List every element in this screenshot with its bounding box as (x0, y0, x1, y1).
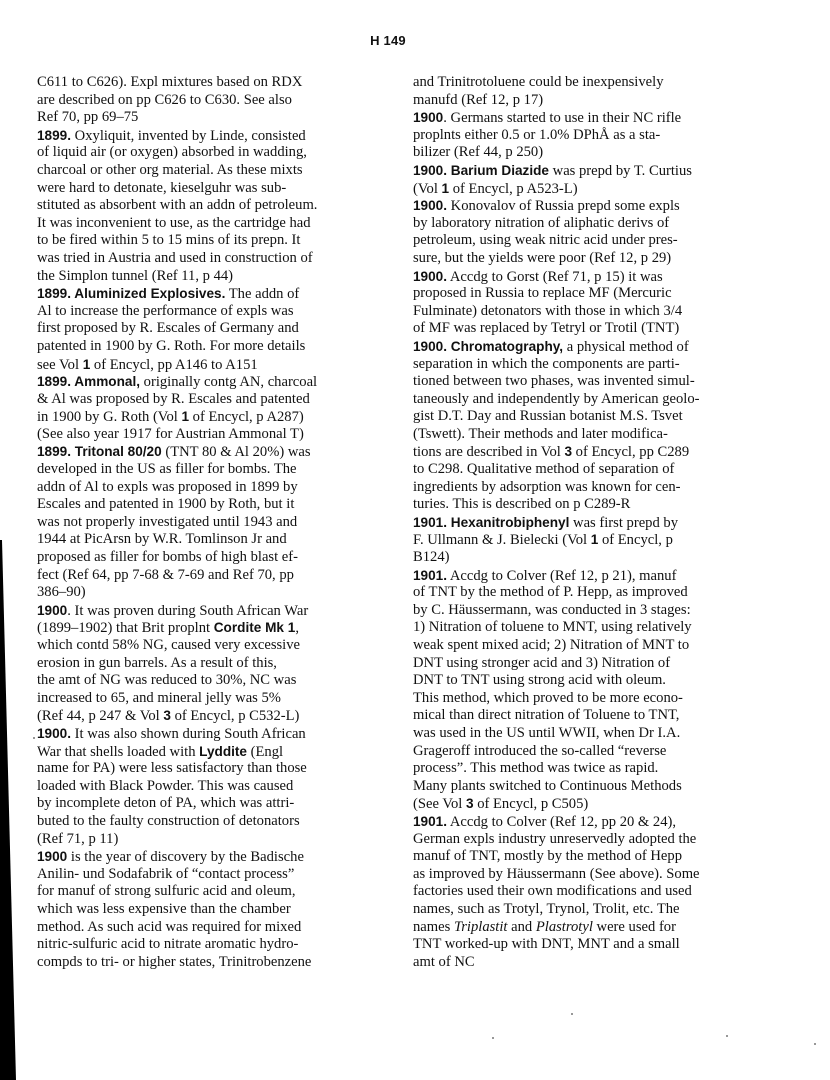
text-segment: weak spent mixed acid; 2) Nitration of M… (413, 637, 689, 653)
text-segment: Konovalov of Russia prepd some expls (447, 198, 680, 214)
text-segment: Fulminate) detonators with those in whic… (413, 303, 682, 319)
bold-term: 1 (442, 181, 450, 196)
text-line: factories used their own modifications a… (413, 883, 743, 901)
bold-term: 1899. Tritonal 80/20 (37, 444, 162, 459)
text-line: by incomplete deton of PA, which was att… (37, 795, 377, 813)
scan-speck (33, 737, 35, 739)
text-line: see Vol 1 of Encycl, pp A146 to A151 (37, 356, 377, 374)
text-line: 1900 is the year of discovery by the Bad… (37, 848, 377, 866)
text-segment: stituted as absorbent with an addn of pe… (37, 197, 317, 213)
text-segment: was prepd by T. Curtius (549, 163, 692, 179)
text-line: increased to 65, and mineral jelly was 5… (37, 690, 377, 708)
left-text-column: C611 to C626). Expl mixtures based on RD… (37, 74, 377, 971)
text-segment: manuf of TNT, mostly by the method of He… (413, 848, 682, 864)
text-segment: of TNT by the method of P. Hepp, as impr… (413, 584, 688, 600)
scan-edge-shadow (0, 540, 18, 1080)
text-line: stituted as absorbent with an addn of pe… (37, 197, 377, 215)
text-line: first proposed by R. Escales of Germany … (37, 320, 377, 338)
text-segment: (1899–1902) that Brit proplnt (37, 620, 214, 636)
text-line: (Tswett). Their methods and later modifi… (413, 426, 743, 444)
text-line: the amt of NG was reduced to 30%, NC was (37, 672, 377, 690)
text-segment: Al to increase the performance of expls … (37, 303, 294, 319)
bold-term: 1901. (413, 568, 447, 583)
text-line: addn of Al to expls was proposed in 1899… (37, 479, 377, 497)
text-line: are described on pp C626 to C630. See al… (37, 92, 377, 110)
text-line: and Trinitrotoluene could be inexpensive… (413, 74, 743, 92)
text-line: loaded with Black Powder. This was cause… (37, 778, 377, 796)
text-line: (Vol 1 of Encycl, p A523-L) (413, 180, 743, 198)
bold-term: 1900. (413, 269, 447, 284)
text-segment: Ref 70, pp 69–75 (37, 109, 138, 125)
text-line: patented in 1900 by G. Roth. For more de… (37, 338, 377, 356)
text-segment: 386–90) (37, 584, 86, 600)
right-text-column: and Trinitrotoluene could be inexpensive… (413, 74, 743, 971)
text-segment: which was less expensive than the chambe… (37, 901, 291, 917)
text-segment: loaded with Black Powder. This was cause… (37, 778, 293, 794)
text-line: 386–90) (37, 584, 377, 602)
text-segment: of Encycl, p (598, 532, 673, 548)
text-segment: charcoal or other org material. As these… (37, 162, 303, 178)
text-segment: (TNT 80 & Al 20%) was (162, 444, 311, 460)
text-segment: It was also shown during South African (71, 726, 306, 742)
bold-term: 3 (564, 444, 572, 459)
text-segment: was first prepd by (569, 515, 678, 531)
text-segment: fect (Ref 64, pp 7-68 & 7-69 and Ref 70,… (37, 567, 294, 583)
text-segment: buted to the faulty construction of deto… (37, 813, 300, 829)
text-line: 1900. Germans started to use in their NC… (413, 109, 743, 127)
text-line: to be fired within 5 to 15 mins of its p… (37, 232, 377, 250)
text-line: B124) (413, 549, 743, 567)
text-line: was used in the US until WWII, when Dr I… (413, 725, 743, 743)
bold-term: 1899. Ammonal, (37, 374, 140, 389)
text-segment: German expls industry unreservedly adopt… (413, 831, 696, 847)
text-segment: to be fired within 5 to 15 mins of its p… (37, 232, 300, 248)
text-line: turies. This is described on p C289-R (413, 496, 743, 514)
text-segment: proposed as filler for bombs of high bla… (37, 549, 298, 565)
text-segment: names, such as Trotyl, Trynol, Trolit, e… (413, 901, 680, 917)
text-line: bilizer (Ref 44, p 250) (413, 144, 743, 162)
text-segment: Many plants switched to Continuous Metho… (413, 778, 682, 794)
text-line: 1944 at PicArsn by W.R. Tomlinson Jr and (37, 531, 377, 549)
text-line: & Al was proposed by R. Escales and pate… (37, 391, 377, 409)
text-line: Anilin- und Sodafabrik of “contact proce… (37, 866, 377, 884)
text-line: proplnts either 0.5 or 1.0% DPhÅ as a st… (413, 127, 743, 145)
text-line: (See also year 1917 for Austrian Ammonal… (37, 426, 377, 444)
text-segment: by laboratory nitration of aliphatic der… (413, 215, 669, 231)
text-segment: The addn of (225, 286, 299, 302)
italic-term: Plastrotyl (536, 919, 593, 935)
bold-term: 1900 (37, 849, 67, 864)
text-segment: (Engl (247, 744, 283, 760)
text-line: developed in the US as filler for bombs.… (37, 461, 377, 479)
bold-term: 1900. Chromatography, (413, 339, 563, 354)
text-line: C611 to C626). Expl mixtures based on RD… (37, 74, 377, 92)
text-line: War that shells loaded with Lyddite (Eng… (37, 743, 377, 761)
scan-speck (492, 1037, 494, 1039)
text-segment: originally contg AN, charcoal (140, 374, 317, 390)
text-line: was not properly investigated until 1943… (37, 514, 377, 532)
text-segment: Anilin- und Sodafabrik of “contact proce… (37, 866, 294, 882)
text-line: amt of NC (413, 954, 743, 972)
text-line: F. Ullmann & J. Bielecki (Vol 1 of Encyc… (413, 531, 743, 549)
text-line: the Simplon tunnel (Ref 11, p 44) (37, 268, 377, 286)
text-line: tioned between two phases, was invented … (413, 373, 743, 391)
text-line: 1899. Aluminized Explosives. The addn of (37, 285, 377, 303)
text-line: This method, which proved to be more eco… (413, 690, 743, 708)
page-number-header: H 149 (0, 33, 776, 48)
text-segment: for manuf of strong sulfuric acid and ol… (37, 883, 296, 899)
text-line: 1899. Tritonal 80/20 (TNT 80 & Al 20%) w… (37, 443, 377, 461)
text-line: proposed in Russia to replace MF (Mercur… (413, 285, 743, 303)
text-segment: sure, but the yields were poor (Ref 12, … (413, 250, 671, 266)
text-segment: (Ref 44, p 247 & Vol (37, 708, 163, 724)
text-segment: separation in which the components are p… (413, 356, 680, 372)
text-segment: Accdg to Colver (Ref 12, p 21), manuf (447, 568, 676, 584)
text-line: compds to tri- or higher states, Trinitr… (37, 954, 377, 972)
text-line: 1900. Barium Diazide was prepd by T. Cur… (413, 162, 743, 180)
text-segment: a physical method of (563, 339, 689, 355)
text-segment: B124) (413, 549, 449, 565)
bold-term: 1900 (37, 603, 67, 618)
text-segment: process”. This method was twice as rapid… (413, 760, 658, 776)
text-segment: of Encycl, pp A146 to A151 (90, 357, 257, 373)
text-line: It was inconvenient to use, as the cartr… (37, 215, 377, 233)
text-segment: see Vol (37, 357, 83, 373)
text-line: (Ref 44, p 247 & Vol 3 of Encycl, p C532… (37, 707, 377, 725)
text-segment: increased to 65, and mineral jelly was 5… (37, 690, 281, 706)
text-segment: which contd 58% NG, caused very excessiv… (37, 637, 300, 653)
text-segment: tioned between two phases, was invented … (413, 373, 695, 389)
text-line: for manuf of strong sulfuric acid and ol… (37, 883, 377, 901)
text-line: 1899. Ammonal, originally contg AN, char… (37, 373, 377, 391)
text-line: erosion in gun barrels. As a result of t… (37, 655, 377, 673)
text-segment: Escales and patented in 1900 by Roth, bu… (37, 496, 294, 512)
text-line: manuf of TNT, mostly by the method of He… (413, 848, 743, 866)
text-segment: method. As such acid was required for mi… (37, 919, 301, 935)
text-segment: names (413, 919, 454, 935)
text-line: 1900. It was proven during South African… (37, 602, 377, 620)
scan-speck (814, 1043, 816, 1045)
text-segment: DNT using stronger acid and 3) Nitration… (413, 655, 670, 671)
bold-term: 1 (181, 409, 189, 424)
text-line: name for PA) were less satisfactory than… (37, 760, 377, 778)
text-line: DNT to TNT using strong acid with oleum. (413, 672, 743, 690)
text-segment: the Simplon tunnel (Ref 11, p 44) (37, 268, 233, 284)
text-segment: are described on pp C626 to C630. See al… (37, 92, 292, 108)
text-segment: was tried in Austria and used in constru… (37, 250, 313, 266)
text-segment: proplnts either 0.5 or 1.0% DPhÅ as a st… (413, 127, 660, 143)
text-line: which was less expensive than the chambe… (37, 901, 377, 919)
text-line: method. As such acid was required for mi… (37, 919, 377, 937)
text-segment: compds to tri- or higher states, Trinitr… (37, 954, 311, 970)
text-segment: proposed in Russia to replace MF (Mercur… (413, 285, 672, 301)
text-line: 1900. Chromatography, a physical method … (413, 338, 743, 356)
text-segment: taneously and independently by American … (413, 391, 700, 407)
bold-term: 3 (466, 796, 474, 811)
text-segment: Accdg to Colver (Ref 12, pp 20 & 24), (447, 814, 676, 830)
text-line: 1900. It was also shown during South Afr… (37, 725, 377, 743)
text-line: German expls industry unreservedly adopt… (413, 831, 743, 849)
text-line: 1) Nitration of toluene to MNT, using re… (413, 619, 743, 637)
text-segment: & Al was proposed by R. Escales and pate… (37, 391, 310, 407)
text-segment: turies. This is described on p C289-R (413, 496, 630, 512)
text-segment: by incomplete deton of PA, which was att… (37, 795, 294, 811)
text-segment: of Encycl, p A287) (189, 409, 304, 425)
text-segment: were used for (593, 919, 676, 935)
text-line: proposed as filler for bombs of high bla… (37, 549, 377, 567)
bold-term: 3 (163, 708, 171, 723)
text-line: nitric-sulfuric acid to nitrate aromatic… (37, 936, 377, 954)
text-segment: in 1900 by G. Roth (Vol (37, 409, 181, 425)
bold-term: 1899. (37, 128, 71, 143)
text-line: (1899–1902) that Brit proplnt Cordite Mk… (37, 619, 377, 637)
text-line: which contd 58% NG, caused very excessiv… (37, 637, 377, 655)
text-segment: petroleum, using weak nitric acid under … (413, 232, 678, 248)
bold-term: 1900. (37, 726, 71, 741)
text-segment: as improved by Häussermann (See above). … (413, 866, 700, 882)
text-segment: the amt of NG was reduced to 30%, NC was (37, 672, 296, 688)
text-line: as improved by Häussermann (See above). … (413, 866, 743, 884)
text-line: 1901. Hexanitrobiphenyl was first prepd … (413, 514, 743, 532)
text-segment: ingredients by adsorption was known for … (413, 479, 681, 495)
text-segment: erosion in gun barrels. As a result of t… (37, 655, 277, 671)
text-line: Many plants switched to Continuous Metho… (413, 778, 743, 796)
text-segment: , (295, 620, 299, 636)
text-segment: nitric-sulfuric acid to nitrate aromatic… (37, 936, 298, 952)
bold-term: 1901. (413, 814, 447, 829)
text-segment: . Germans started to use in their NC rif… (443, 110, 681, 126)
text-line: TNT worked-up with DNT, MNT and a small (413, 936, 743, 954)
text-segment: was used in the US until WWII, when Dr I… (413, 725, 680, 741)
text-segment: of Encycl, p C505) (474, 796, 589, 812)
text-segment: (Tswett). Their methods and later modifi… (413, 426, 668, 442)
text-segment: (See Vol (413, 796, 466, 812)
text-line: mical than direct nitration of Toluene t… (413, 707, 743, 725)
text-line: (Ref 71, p 11) (37, 831, 377, 849)
text-segment: of liquid air (or oxygen) absorbed in wa… (37, 144, 307, 160)
text-line: to C298. Qualitative method of separatio… (413, 461, 743, 479)
text-line: tions are described in Vol 3 of Encycl, … (413, 443, 743, 461)
text-line: Al to increase the performance of expls … (37, 303, 377, 321)
text-line: sure, but the yields were poor (Ref 12, … (413, 250, 743, 268)
text-line: fect (Ref 64, pp 7-68 & 7-69 and Ref 70,… (37, 567, 377, 585)
text-segment: was not properly investigated until 1943… (37, 514, 297, 530)
text-line: of MF was replaced by Tetryl or Trotil (… (413, 320, 743, 338)
scan-speck (726, 1035, 728, 1037)
text-segment: (See also year 1917 for Austrian Ammonal… (37, 426, 304, 442)
text-segment: manufd (Ref 12, p 17) (413, 92, 543, 108)
text-line: 1899. Oxyliquit, invented by Linde, cons… (37, 127, 377, 145)
text-line: petroleum, using weak nitric acid under … (413, 232, 743, 250)
text-segment: F. Ullmann & J. Bielecki (Vol (413, 532, 591, 548)
text-line: separation in which the components are p… (413, 356, 743, 374)
text-line: of liquid air (or oxygen) absorbed in wa… (37, 144, 377, 162)
bold-term: 1900. (413, 198, 447, 213)
text-segment: . It was proven during South African War (67, 603, 308, 619)
text-segment: This method, which proved to be more eco… (413, 690, 683, 706)
text-segment: of Encycl, pp C289 (572, 444, 689, 460)
italic-term: Triplastit (454, 919, 508, 935)
text-line: weak spent mixed acid; 2) Nitration of M… (413, 637, 743, 655)
text-line: process”. This method was twice as rapid… (413, 760, 743, 778)
bold-term: Cordite Mk 1 (214, 620, 296, 635)
text-line: DNT using stronger acid and 3) Nitration… (413, 655, 743, 673)
text-segment: of MF was replaced by Tetryl or Trotil (… (413, 320, 679, 336)
text-line: Ref 70, pp 69–75 (37, 109, 377, 127)
text-segment: amt of NC (413, 954, 475, 970)
text-line: in 1900 by G. Roth (Vol 1 of Encycl, p A… (37, 408, 377, 426)
text-line: 1900. Accdg to Gorst (Ref 71, p 15) it w… (413, 268, 743, 286)
text-segment: patented in 1900 by G. Roth. For more de… (37, 338, 305, 354)
text-line: by laboratory nitration of aliphatic der… (413, 215, 743, 233)
text-line: were hard to detonate, kieselguhr was su… (37, 180, 377, 198)
scan-speck (571, 1013, 573, 1015)
text-segment: Grageroff introduced the so-called “reve… (413, 743, 666, 759)
text-segment: bilizer (Ref 44, p 250) (413, 144, 543, 160)
text-segment: first proposed by R. Escales of Germany … (37, 320, 299, 336)
text-segment: TNT worked-up with DNT, MNT and a small (413, 936, 680, 952)
text-segment: name for PA) were less satisfactory than… (37, 760, 307, 776)
text-segment: C611 to C626). Expl mixtures based on RD… (37, 74, 302, 90)
text-segment: Oxyliquit, invented by Linde, consisted (71, 128, 306, 144)
text-line: 1901. Accdg to Colver (Ref 12, p 21), ma… (413, 567, 743, 585)
text-segment: of Encycl, p A523-L) (449, 181, 577, 197)
text-segment: is the year of discovery by the Badische (67, 849, 304, 865)
text-line: 1901. Accdg to Colver (Ref 12, pp 20 & 2… (413, 813, 743, 831)
text-segment: of Encycl, p C532-L) (171, 708, 299, 724)
text-segment: DNT to TNT using strong acid with oleum. (413, 672, 666, 688)
text-line: buted to the faulty construction of deto… (37, 813, 377, 831)
text-segment: (Ref 71, p 11) (37, 831, 118, 847)
text-segment: factories used their own modifications a… (413, 883, 692, 899)
text-line: gist D.T. Day and Russian botanist M.S. … (413, 408, 743, 426)
text-segment: developed in the US as filler for bombs.… (37, 461, 297, 477)
text-line: charcoal or other org material. As these… (37, 162, 377, 180)
text-line: names Triplastit and Plastrotyl were use… (413, 919, 743, 937)
text-segment: mical than direct nitration of Toluene t… (413, 707, 679, 723)
text-segment: 1944 at PicArsn by W.R. Tomlinson Jr and (37, 531, 287, 547)
text-line: Escales and patented in 1900 by Roth, bu… (37, 496, 377, 514)
text-line: Grageroff introduced the so-called “reve… (413, 743, 743, 761)
text-segment: gist D.T. Day and Russian botanist M.S. … (413, 408, 683, 424)
text-line: names, such as Trotyl, Trynol, Trolit, e… (413, 901, 743, 919)
text-segment: were hard to detonate, kieselguhr was su… (37, 180, 286, 196)
text-segment: 1) Nitration of toluene to MNT, using re… (413, 619, 692, 635)
text-line: (See Vol 3 of Encycl, p C505) (413, 795, 743, 813)
text-line: was tried in Austria and used in constru… (37, 250, 377, 268)
text-line: taneously and independently by American … (413, 391, 743, 409)
text-segment: War that shells loaded with (37, 744, 199, 760)
text-line: manufd (Ref 12, p 17) (413, 92, 743, 110)
text-line: Fulminate) detonators with those in whic… (413, 303, 743, 321)
text-line: by C. Häussermann, was conducted in 3 st… (413, 602, 743, 620)
text-line: of TNT by the method of P. Hepp, as impr… (413, 584, 743, 602)
bold-term: 1901. Hexanitrobiphenyl (413, 515, 569, 530)
text-line: 1900. Konovalov of Russia prepd some exp… (413, 197, 743, 215)
text-segment: Accdg to Gorst (Ref 71, p 15) it was (447, 269, 663, 285)
text-segment: by C. Häussermann, was conducted in 3 st… (413, 602, 691, 618)
text-segment: It was inconvenient to use, as the cartr… (37, 215, 311, 231)
text-segment: addn of Al to expls was proposed in 1899… (37, 479, 298, 495)
bold-term: 1900. Barium Diazide (413, 163, 549, 178)
bold-term: Lyddite (199, 744, 247, 759)
text-line: ingredients by adsorption was known for … (413, 479, 743, 497)
text-segment: and Trinitrotoluene could be inexpensive… (413, 74, 664, 90)
text-segment: (Vol (413, 181, 442, 197)
bold-term: 1900 (413, 110, 443, 125)
text-segment: to C298. Qualitative method of separatio… (413, 461, 674, 477)
bold-term: 1899. Aluminized Explosives. (37, 286, 225, 301)
text-segment: tions are described in Vol (413, 444, 564, 460)
text-segment: and (507, 919, 535, 935)
